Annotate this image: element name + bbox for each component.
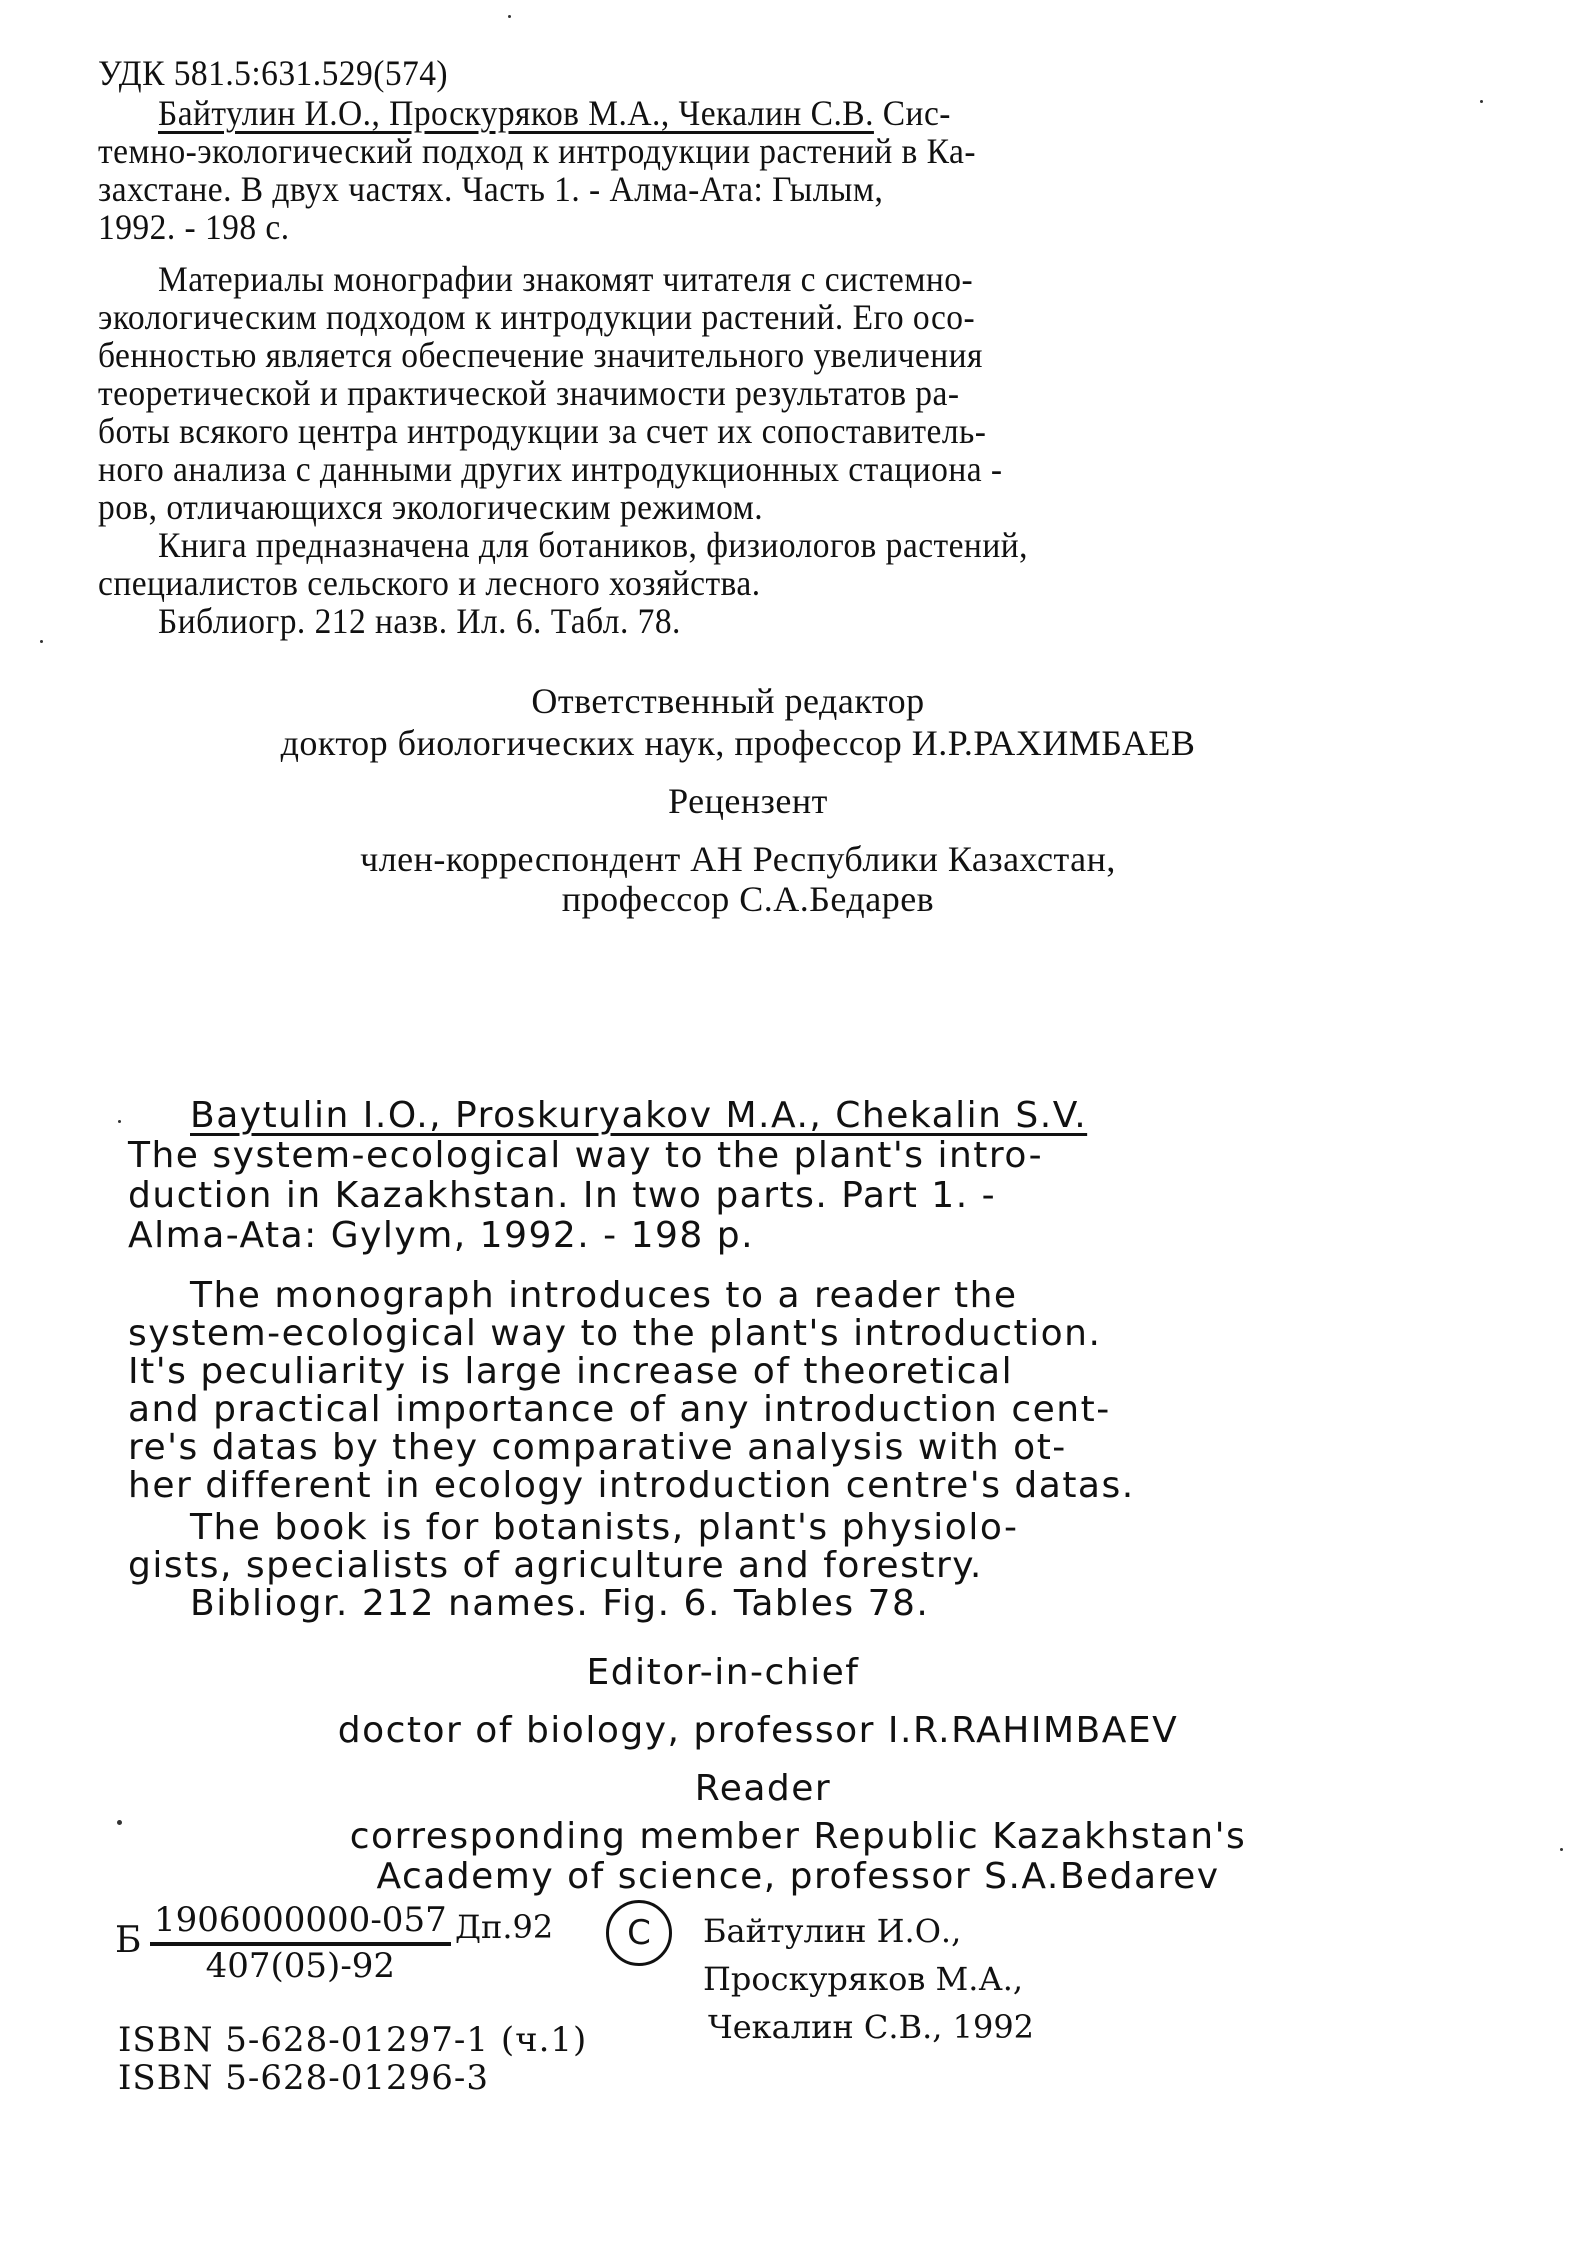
ru-abstract-line: Материалы монографии знакомят читателя с… [158, 258, 973, 300]
scan-speck [40, 640, 43, 643]
copyright-symbol: C [627, 1913, 651, 1953]
copyright-icon: C [606, 1900, 672, 1966]
scan-speck [1480, 100, 1483, 103]
en-reviewer-line-2: Academy of science, professor S.A.Bedare… [0, 1856, 1596, 1897]
ru-abstract-line: боты всякого центра интродукции за счет … [98, 410, 986, 452]
en-citation-line-1: Baytulin I.O., Proskuryakov M.A., Chekal… [190, 1095, 1087, 1136]
ru-abstract-line: экологическим подходом к интродукции рас… [98, 296, 975, 338]
ru-editor-name: доктор биологических наук, профессор И.Р… [0, 722, 1536, 764]
ru-title-start: Сис- [874, 93, 951, 133]
ru-citation-line-1: Байтулин И.О., Проскуряков М.А., Чекалин… [158, 92, 951, 134]
isbn-part-1: ISBN 5-628-01297-1 (ч.1) [118, 2020, 587, 2060]
ru-bibliography: Библиогр. 212 назв. Ил. 6. Табл. 78. [158, 600, 681, 642]
en-editor-name: doctor of biology, professor I.R.RAHIMBA… [0, 1710, 1556, 1751]
en-abstract-line: system-ecological way to the plant's int… [128, 1313, 1101, 1354]
ru-abstract-line: теоретической и практической значимости … [98, 372, 959, 414]
imprint-letter: Б [115, 1920, 141, 1961]
en-abstract-line: her different in ecology introduction ce… [128, 1465, 1135, 1506]
en-abstract-line: and practical importance of any introduc… [128, 1389, 1111, 1430]
imprint-code-denominator: 407(05)-92 [206, 1946, 395, 1986]
copyright-holder: Чекалин С.В., 1992 [708, 2008, 1034, 2046]
en-reviewer-title: Reader [0, 1768, 1561, 1809]
ru-reviewer-line-1: член-корреспондент АН Республики Казахст… [0, 838, 1536, 880]
en-citation-line-2: The system-ecological way to the plant's… [128, 1135, 1043, 1176]
scan-speck [508, 15, 511, 18]
ru-editor-title: Ответственный редактор [0, 680, 1526, 722]
en-audience-line: The book is for botanists, plant's physi… [190, 1507, 1019, 1548]
ru-abstract-line: ров, отличающихся экологическим режимом. [98, 486, 763, 528]
ru-authors: Байтулин И.О., Проскуряков М.А., Чекалин… [158, 93, 874, 133]
ru-abstract-line: бенностью является обеспечение значитель… [98, 334, 983, 376]
scan-speck [118, 1120, 121, 1123]
en-authors: Baytulin I.O., Proskuryakov M.A., Chekal… [190, 1095, 1087, 1136]
ru-reviewer-line-2: профессор С.А.Бедарев [0, 878, 1546, 920]
imprint-code-fraction: 1906000000-057 407(05)-92 [150, 1900, 451, 1986]
isbn-set: ISBN 5-628-01296-3 [118, 2058, 489, 2098]
en-abstract-line: It's peculiarity is large increase of th… [128, 1351, 1013, 1392]
ru-citation-line-3: захстане. В двух частях. Часть 1. - Алма… [98, 168, 883, 210]
en-citation-line-4: Alma-Ata: Gylym, 1992. - 198 p. [128, 1215, 754, 1256]
ru-audience-line: Книга предназначена для ботаников, физио… [158, 524, 1028, 566]
copyright-holder: Проскуряков М.А., [703, 1960, 1023, 1998]
copyright-holder: Байтулин И.О., [703, 1912, 961, 1950]
en-bibliography: Bibliogr. 212 names. Fig. 6. Tables 78. [190, 1583, 929, 1624]
ru-citation-line-2: темно-экологический подход к интродукции… [98, 130, 976, 172]
scan-speck [117, 1820, 122, 1825]
en-abstract-line: The monograph introduces to a reader the [190, 1275, 1018, 1316]
en-audience-line: gists, specialists of agriculture and fo… [128, 1545, 983, 1586]
ru-citation-line-4: 1992. - 198 с. [98, 206, 290, 248]
ru-reviewer-title: Рецензент [0, 780, 1546, 822]
scan-speck [1560, 1848, 1563, 1851]
imprint-suffix: Дп.92 [455, 1908, 553, 1946]
udk-code: УДК 581.5:631.529(574) [98, 52, 448, 94]
en-abstract-line: re's datas by they comparative analysis … [128, 1427, 1067, 1468]
en-reviewer-line-1: corresponding member Republic Kazakhstan… [0, 1816, 1596, 1857]
en-editor-title: Editor-in-chief [0, 1652, 1521, 1693]
ru-audience-line: специалистов сельского и лесного хозяйст… [98, 562, 761, 604]
en-citation-line-3: duction in Kazakhstan. In two parts. Par… [128, 1175, 996, 1216]
ru-abstract-line: ного анализа с данными других интродукци… [98, 448, 1003, 490]
imprint-code-numerator: 1906000000-057 [150, 1900, 451, 1946]
